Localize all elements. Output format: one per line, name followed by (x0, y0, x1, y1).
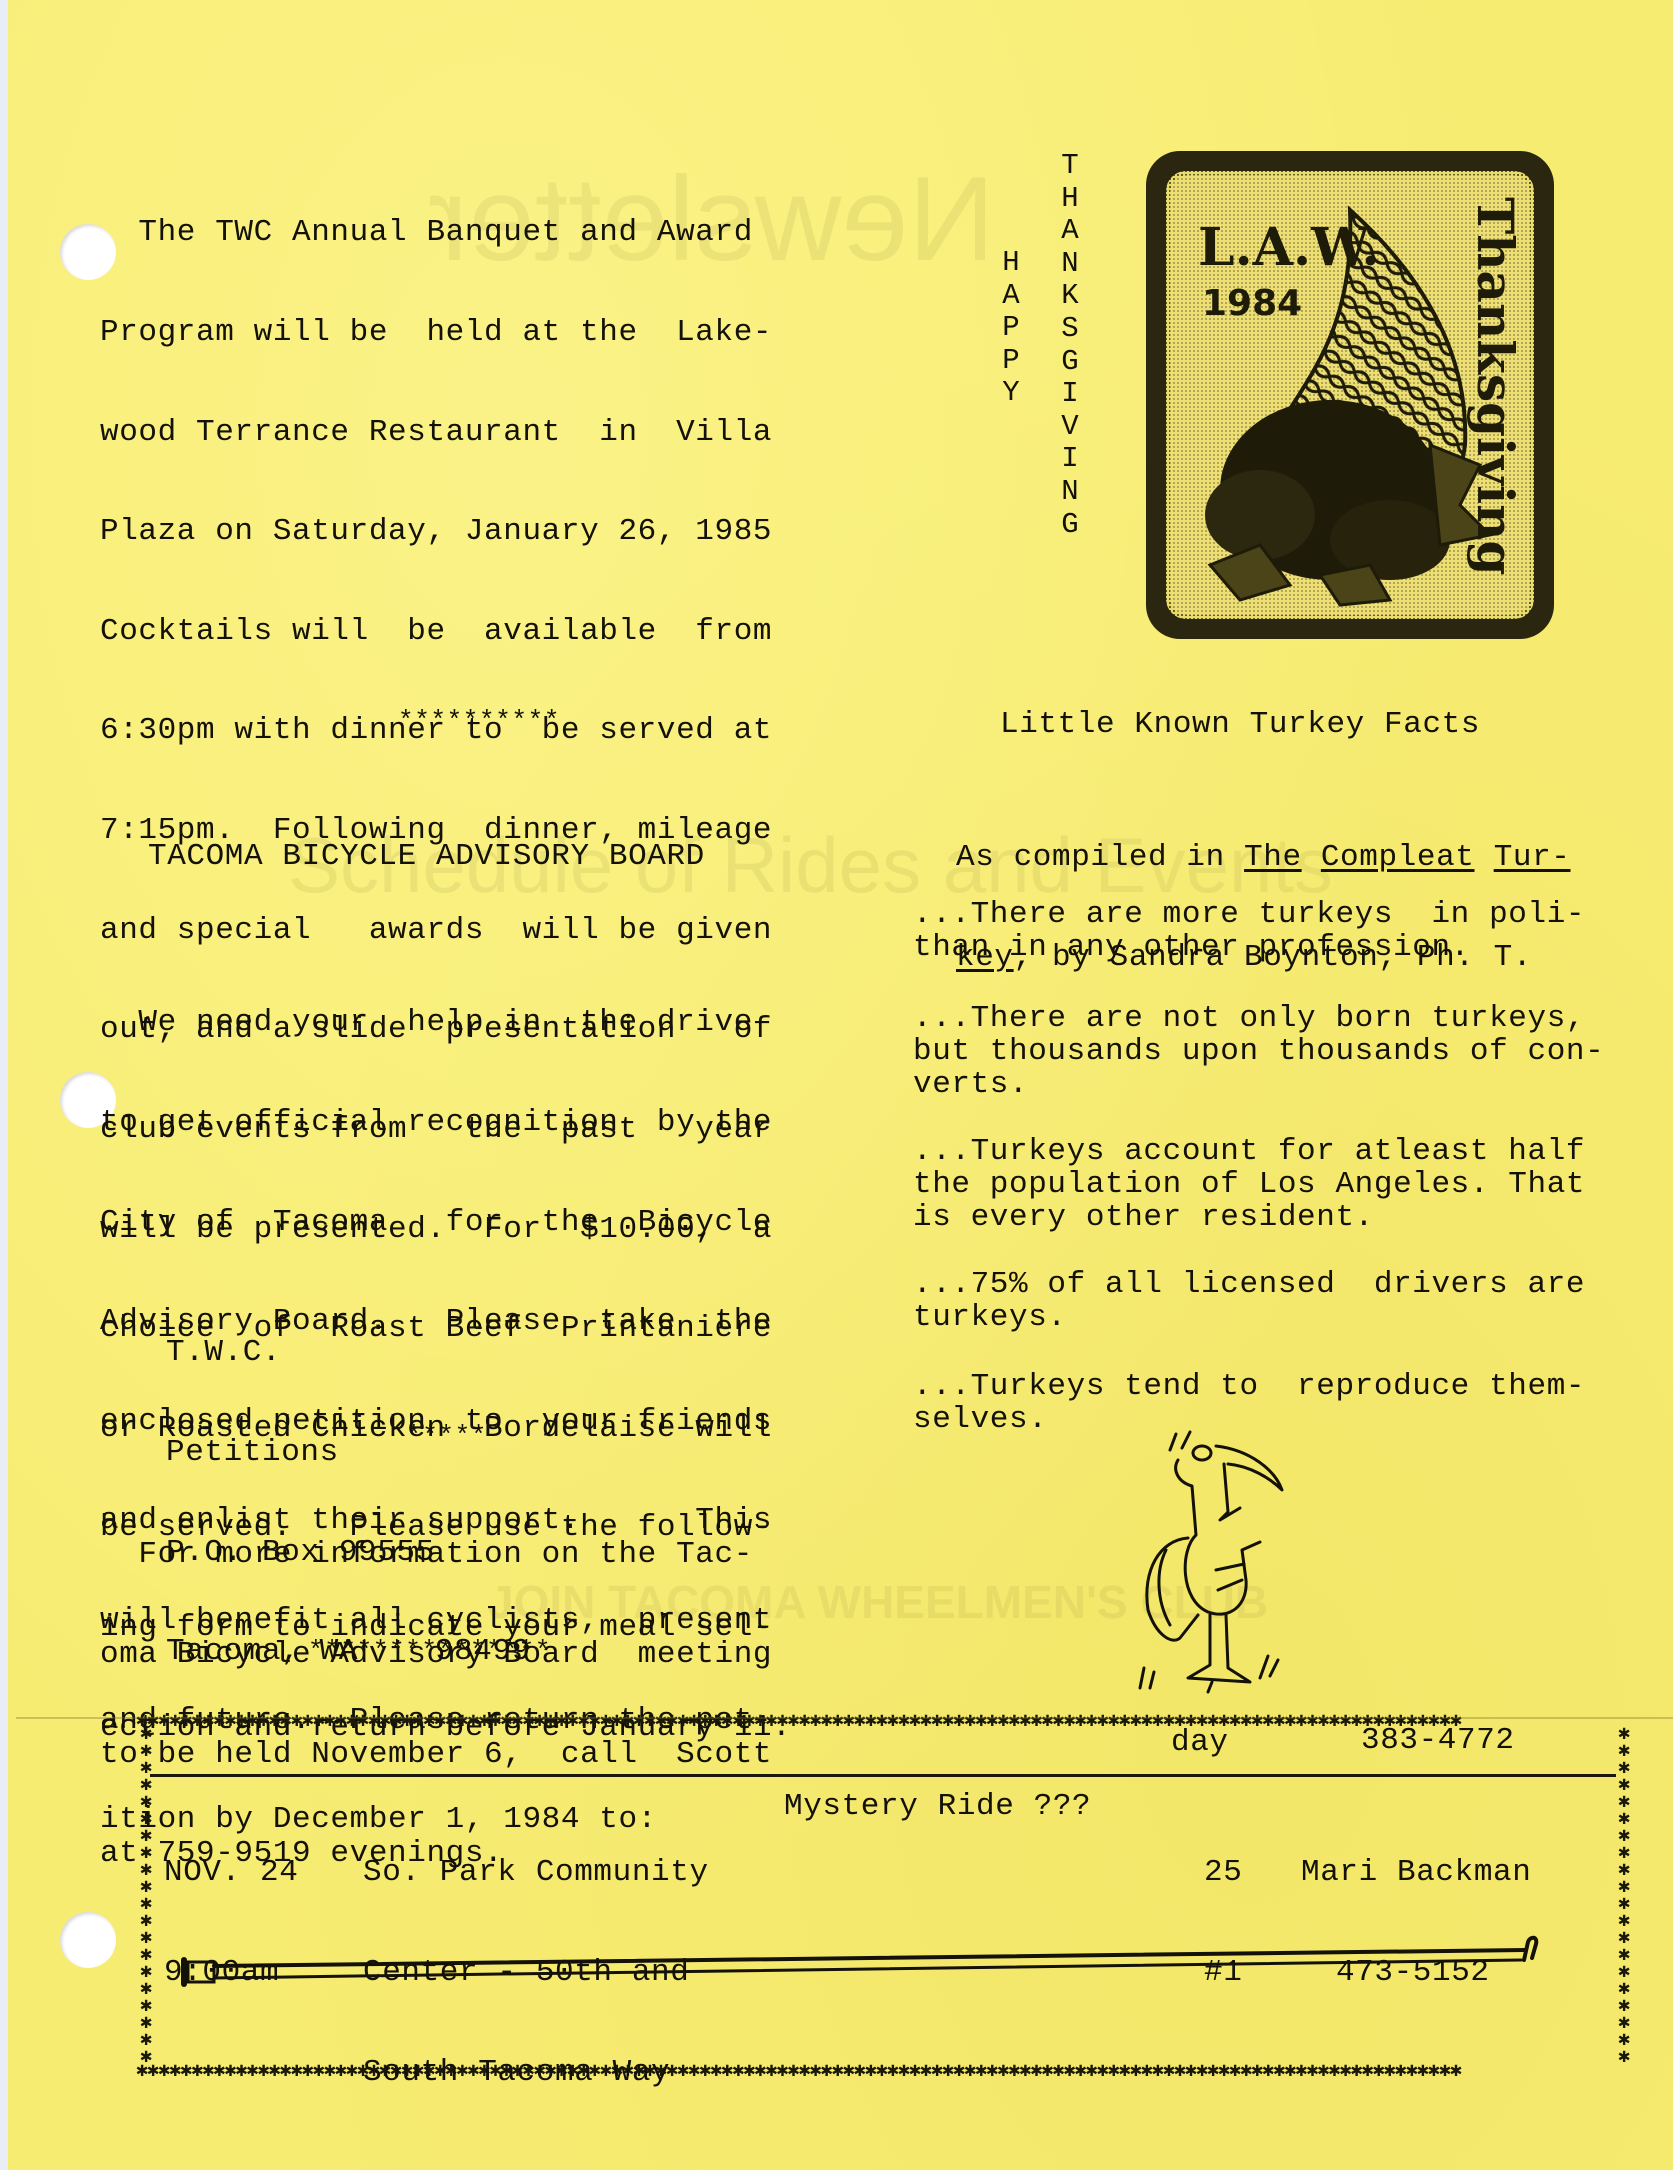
greeting-letter: N (1055, 476, 1085, 509)
greeting-letter: Y (996, 377, 1026, 410)
turkey-facts-heading: Little Known Turkey Facts (1000, 708, 1480, 741)
banquet-line: The TWC Annual Banquet and Award (100, 216, 791, 249)
newsletter-page: Newsletter Schedule of Rides and Events … (8, 0, 1673, 2170)
banquet-line: Program will be held at the Lake- (100, 316, 791, 349)
ride-date: NOV. 24 (164, 1856, 318, 1889)
page-fold-edge (16, 1717, 1673, 1719)
greeting-letter: I (1055, 378, 1085, 411)
fact-line: ...There are more turkeys in poli- (913, 898, 1585, 931)
star-border-bottom: ✱✱✱✱✱✱✱✱✱✱✱✱✱✱✱✱✱✱✱✱✱✱✱✱✱✱✱✱✱✱✱✱✱✱✱✱✱✱✱✱… (136, 2062, 1616, 2082)
book-title-word: Tur- (1494, 840, 1571, 875)
source-prefix: As compiled in (956, 840, 1244, 875)
banquet-line: Plaza on Saturday, January 26, 1985 (100, 515, 791, 548)
fact-line: ...Turkeys tend to reproduce them- (913, 1370, 1585, 1403)
svg-text:L.A.W.: L.A.W. (1198, 217, 1380, 278)
address-line: T.W.C. (166, 1336, 531, 1369)
greeting-letter: K (1055, 280, 1085, 313)
greeting-letter: A (996, 280, 1026, 313)
turkey-fact: ...There are more turkeys in poli-than i… (913, 898, 1585, 964)
banquet-line: Cocktails will be available from (100, 615, 791, 648)
book-title-word: Compleat (1321, 840, 1475, 875)
meeting-line: For more information on the Tac- (100, 1538, 772, 1571)
turkey-fact: ...Turkeys account for atleast halfthe p… (913, 1135, 1585, 1235)
advisory-separator: ***** (406, 1420, 487, 1453)
fact-line: ...There are not only born turkeys, (913, 1002, 1604, 1035)
start-line: South Tacoma Way (363, 2056, 709, 2089)
cornucopia-icon: L.A.W. 1984 Thanksgiving (1140, 145, 1560, 645)
advisory-line: We need your help in the drive (100, 1006, 772, 1039)
star-border-right: ✱✱✱✱✱✱✱✱✱✱✱✱✱✱✱✱✱✱✱✱✱✱✱✱ (1614, 1726, 1634, 2066)
ride-name: Mystery Ride ??? (784, 1790, 1091, 1823)
prev-row-day-phone: 383-4772 (1361, 1724, 1515, 1757)
greeting-letter: I (1055, 443, 1085, 476)
advisory-line: to get official recognition by the (100, 1106, 772, 1139)
advisory-end-separator: *************** (308, 1635, 551, 1668)
start-line: So. Park Community (363, 1856, 709, 1889)
fact-line: ...Turkeys account for atleast half (913, 1135, 1585, 1168)
banquet-separator: ********** (398, 705, 560, 738)
law-thanksgiving-patch: L.A.W. 1984 Thanksgiving (1140, 145, 1560, 645)
row-divider (150, 1774, 1616, 1777)
fact-line: ...75% of all licensed drivers are (913, 1268, 1585, 1301)
turkey-fact: ...75% of all licensed drivers areturkey… (913, 1268, 1585, 1334)
advisory-line: City of Tacoma for the Bicycle (100, 1206, 772, 1239)
svg-text:Thanksgiving: Thanksgiving (1466, 197, 1525, 575)
ride-date-time: NOV. 24 9:00am (164, 1790, 318, 2056)
table-row: NOV. 24 9:00am So. Park Community Center… (136, 1790, 1616, 1900)
book-title-word: The (1244, 840, 1302, 875)
fact-line: the population of Los Angeles. That (913, 1168, 1585, 1201)
ride-schedule-table: ✱✱✱✱✱✱✱✱✱✱✱✱✱✱✱✱✱✱✱✱✱✱✱✱✱✱✱✱✱✱✱✱✱✱✱✱✱✱✱✱… (136, 1712, 1626, 2080)
turkey-fact: ...There are not only born turkeys,but t… (913, 1002, 1604, 1102)
greeting-letter: T (1055, 150, 1085, 183)
fact-line: than in any other profession. (913, 931, 1585, 964)
greeting-letter: H (996, 247, 1026, 280)
banquet-line: wood Terrance Restaurant in Villa (100, 416, 791, 449)
ride-leader: Mari Backman 473-5152 (1301, 1790, 1531, 2056)
greeting-letter: P (996, 345, 1026, 378)
fact-line: turkeys. (913, 1301, 1585, 1334)
prev-row-day-label: day (1171, 1726, 1229, 1759)
fact-line: is every other resident. (913, 1201, 1585, 1234)
fact-line: but thousands upon thousands of con- (913, 1035, 1604, 1068)
advisory-board-heading: TACOMA BICYCLE ADVISORY BOARD (148, 840, 705, 873)
greeting-letter: G (1055, 509, 1085, 542)
greeting-letter: N (1055, 248, 1085, 281)
greeting-letter: S (1055, 313, 1085, 346)
greeting-thanksgiving: THANKSGIVING (1055, 150, 1085, 541)
leader-name: Mari Backman (1301, 1856, 1531, 1889)
greeting-letter: V (1055, 411, 1085, 444)
cartoon-turkey-icon (1120, 1420, 1340, 1700)
greeting-letter: G (1055, 346, 1085, 379)
greeting-letter: H (1055, 183, 1085, 216)
fact-line: verts. (913, 1068, 1604, 1101)
greeting-happy: HAPPY (996, 247, 1026, 410)
greeting-letter: A (1055, 215, 1085, 248)
greeting-letter: P (996, 312, 1026, 345)
svg-text:1984: 1984 (1202, 283, 1302, 324)
bicycle-spoke-icon (176, 1932, 1596, 1992)
